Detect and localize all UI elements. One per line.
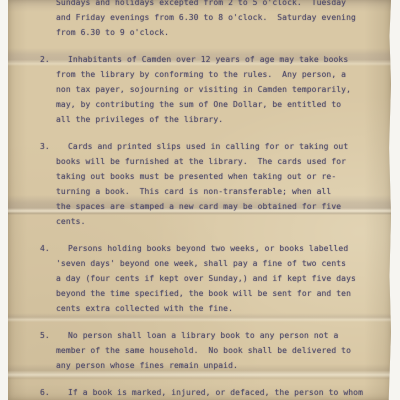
rule-line: may, by contributing the sum of One Doll… xyxy=(56,97,391,112)
rule-item: 4.Persons holding books beyond two weeks… xyxy=(8,241,391,316)
rule-line: No person shall loan a library book to a… xyxy=(68,328,391,343)
rule-number: 6. xyxy=(40,385,50,400)
rule-line: Inhabitants of Camden over 12 years of a… xyxy=(68,52,391,67)
rule-line: If a book is marked, injured, or defaced… xyxy=(68,385,391,400)
intro-line: Sundays and holidays excepted from 2 to … xyxy=(56,0,391,10)
photo-of-document: { "colors": { "paper": "#d9c8a5", "ink":… xyxy=(0,0,400,400)
document-page: Sundays and holidays excepted from 2 to … xyxy=(8,0,391,400)
rule-line: beyond the time specified, the book will… xyxy=(56,286,391,301)
rule-line: 'seven days' beyond one week, shall pay … xyxy=(56,256,391,271)
rule-line: non tax payer, sojourning or visiting in… xyxy=(56,82,391,97)
rule-item: 3.Cards and printed slips used in callin… xyxy=(8,139,391,229)
rule-line: cents extra collected with the fine. xyxy=(56,301,391,316)
rule-line: cents. xyxy=(56,214,391,229)
rule-line: from the library by conforming to the ru… xyxy=(56,67,391,82)
rule-line: a day (four cents if kept over Sunday,) … xyxy=(56,271,391,286)
rule-number: 3. xyxy=(40,139,50,154)
intro-line: and Friday evenings from 6.30 to 8 o'clo… xyxy=(56,10,391,25)
rule-line: Cards and printed slips used in calling … xyxy=(68,139,391,154)
rule-line: Persons holding books beyond two weeks, … xyxy=(68,241,391,256)
rule-line: all the privileges of the library. xyxy=(56,112,391,127)
rule-item: 2.Inhabitants of Camden over 12 years of… xyxy=(8,52,391,127)
intro-line: from 6.30 to 9 o'clock. xyxy=(56,25,391,40)
rule-number: 4. xyxy=(40,241,50,256)
intro-paragraph: Sundays and holidays excepted from 2 to … xyxy=(8,0,391,40)
rule-line: the spaces are stamped a new card may be… xyxy=(56,199,391,214)
rule-line: books will be furnished at the library. … xyxy=(56,154,391,169)
rule-line: turning a book. This card is non-transfe… xyxy=(56,184,391,199)
rule-number: 2. xyxy=(40,52,50,67)
rule-line: taking out books must be presented when … xyxy=(56,169,391,184)
rule-item: 6.If a book is marked, injured, or defac… xyxy=(8,385,391,400)
rule-number: 5. xyxy=(40,328,50,343)
document-text: Sundays and holidays excepted from 2 to … xyxy=(8,0,391,400)
rule-item: 5.No person shall loan a library book to… xyxy=(8,328,391,373)
rule-line: any person whose fines remain unpaid. xyxy=(56,358,391,373)
rules-list: 2.Inhabitants of Camden over 12 years of… xyxy=(8,52,391,400)
rule-line: member of the same household. No book sh… xyxy=(56,343,391,358)
